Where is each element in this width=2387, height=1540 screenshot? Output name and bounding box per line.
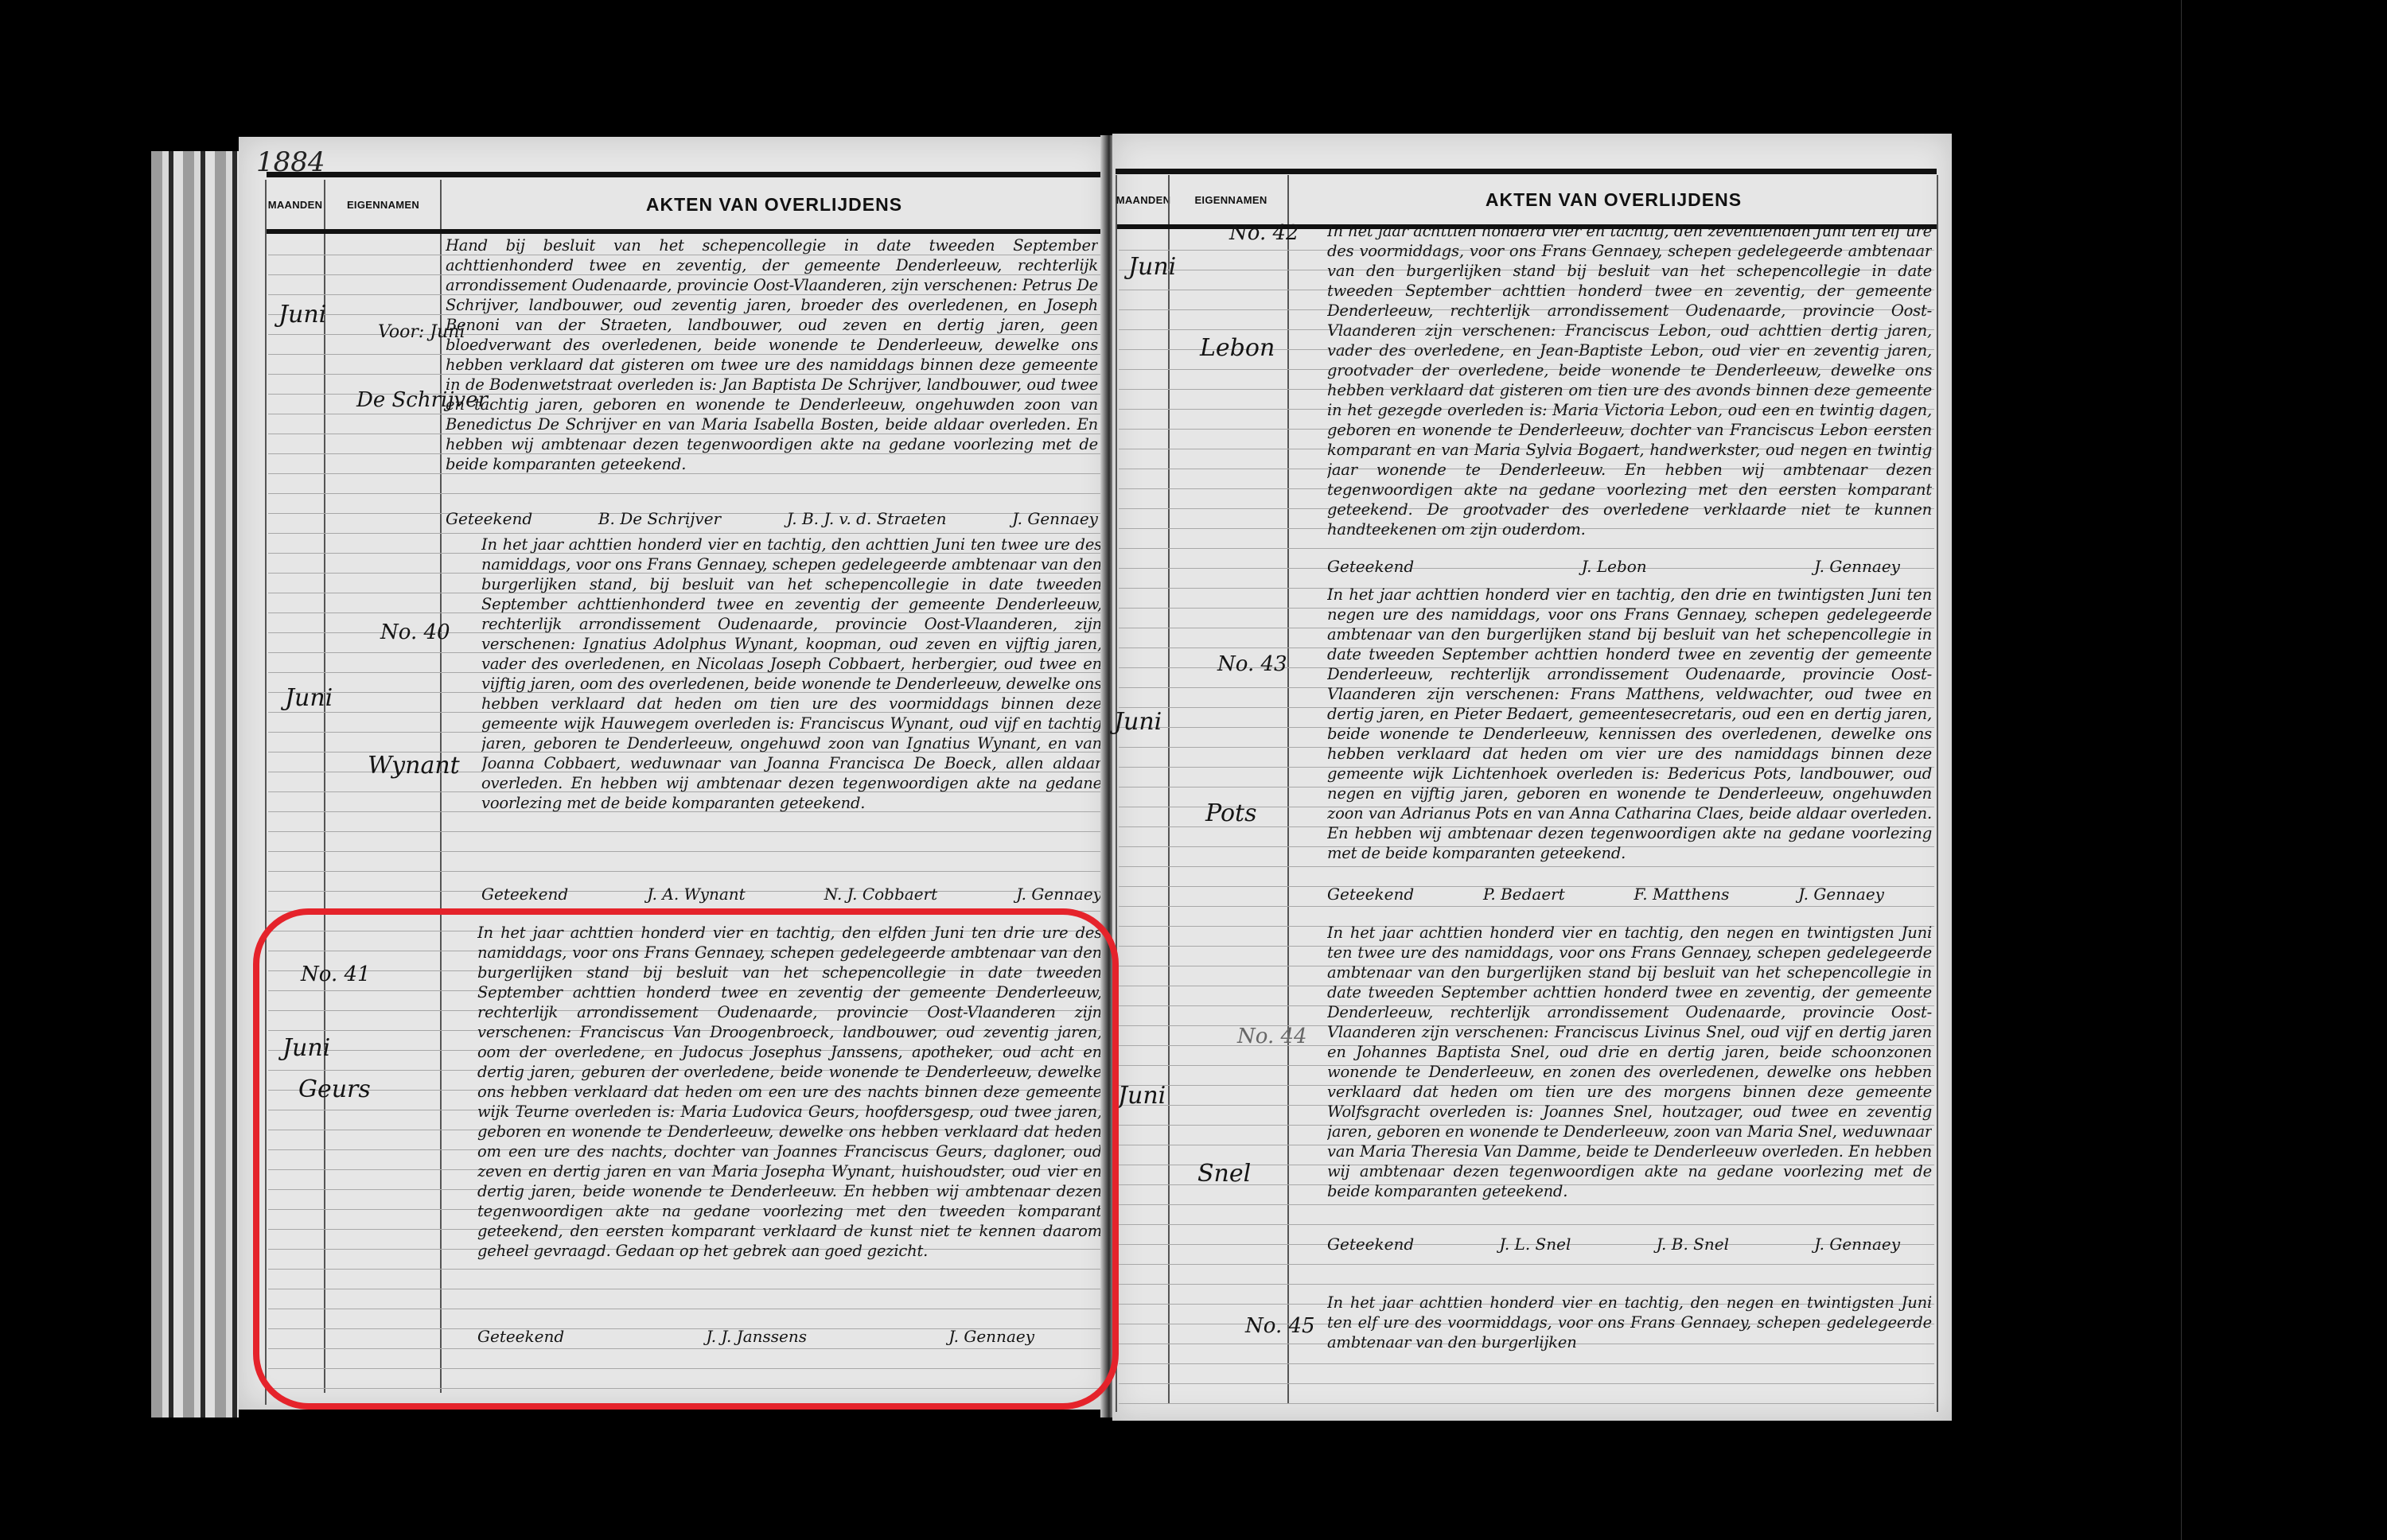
signature-row: Geteekend J. Lebon J. Gennaey [1327,557,1900,576]
signature: N. J. Cobbaert [824,885,937,904]
entry-number: No. 40 [380,620,450,644]
signature-row: Geteekend B. De Schrijver J. B. J. v. d.… [446,509,1098,528]
header-names: EIGENNAMEN [1171,175,1291,224]
header-names: EIGENNAMEN [325,180,441,229]
entry-number: No. 44 [1237,1025,1307,1048]
header-title: AKTEN VAN OVERLIJDENS [1291,175,1937,224]
entry-name: Snel [1197,1160,1251,1188]
signature-row: Geteekend P. Bedaert F. Matthens J. Genn… [1327,885,1884,904]
header-months: MAANDEN [267,180,324,229]
entry-text: In het jaar achttien honderd vier en tac… [1327,1293,1932,1352]
entry-text: Hand bij besluit van het schepencollegie… [446,235,1098,510]
signature: Geteekend [1327,885,1414,904]
signature: P. Bedaert [1483,885,1565,904]
header-rule [267,229,1107,234]
entry-text: In het jaar achttien honderd vier en tac… [1327,585,1932,887]
top-rule [1116,169,1937,174]
entry-month: Juni [285,684,333,712]
entry-text: In het jaar achttien honderd vier en tac… [1327,221,1932,555]
entry-name: Pots [1205,799,1256,827]
signature-row: Geteekend J. A. Wynant N. J. Cobbaert J.… [481,885,1102,904]
signature: J. Gennaey [1012,509,1098,528]
top-rule [267,172,1110,177]
signature: J. Lebon [1582,557,1647,576]
entry-name: Lebon [1200,334,1275,362]
signature: Geteekend [446,509,532,528]
highlight-box [253,908,1119,1410]
signature: B. De Schrijver [598,509,721,528]
book-page-edges [151,151,239,1417]
signature: J. B. Snel [1657,1235,1729,1254]
signature: J. Gennaey [1814,1235,1900,1254]
signature-row: Geteekend J. L. Snel J. B. Snel J. Genna… [1327,1235,1900,1254]
entry-month: Juni [1128,253,1176,281]
signature: F. Matthens [1634,885,1730,904]
signature: J. B. J. v. d. Straeten [787,509,947,528]
entry-month: Juni [278,301,326,329]
header-months: MAANDEN [1117,175,1170,224]
entry-text: In het jaar achttien honderd vier en tac… [1327,923,1932,1229]
signature: J. A. Wynant [647,885,745,904]
signature: J. L. Snel [1499,1235,1571,1254]
entry-name: Wynant [368,752,460,780]
signature: J. Gennaey [1814,557,1900,576]
header-title: AKTEN VAN OVERLIJDENS [442,180,1107,229]
entry-month: Juni [1114,708,1162,736]
signature: Geteekend [1327,557,1414,576]
entry-number: No. 43 [1217,652,1287,676]
entry-number: No. 42 [1229,221,1299,245]
signature: J. Gennaey [1798,885,1884,904]
scan-artifact-line [2181,0,2182,1540]
signature: J. Gennaey [1016,885,1102,904]
entry-month: Juni [1118,1082,1166,1110]
signature: Geteekend [1327,1235,1414,1254]
entry-text: In het jaar achttien honderd vier en tac… [481,535,1102,885]
entry-number: No. 45 [1245,1314,1315,1338]
signature: Geteekend [481,885,568,904]
